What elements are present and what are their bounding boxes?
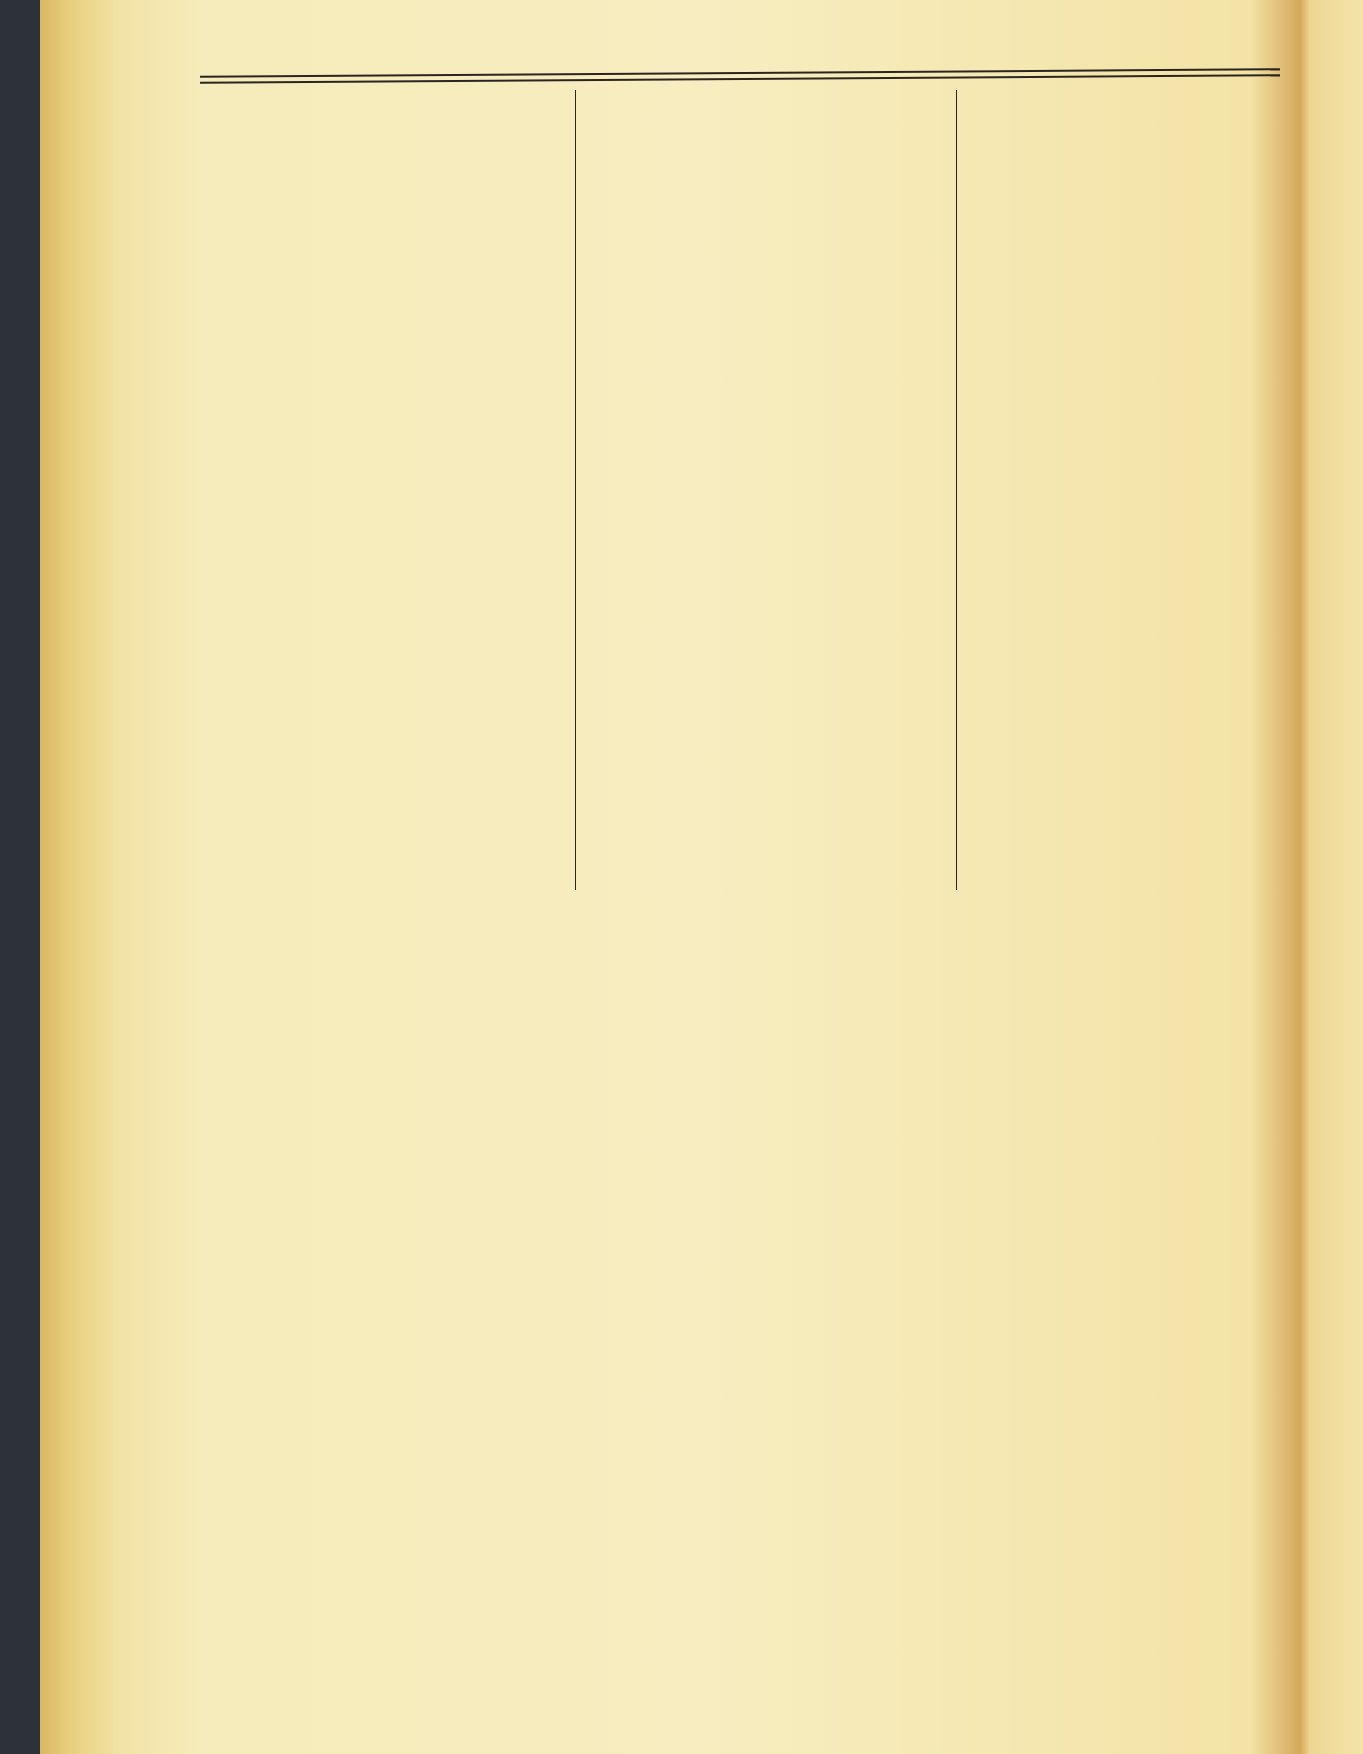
newspaper-page	[190, 0, 1310, 1754]
book-binding-edge	[0, 0, 40, 1754]
column-volkshochschule	[582, 92, 952, 102]
column-amtliche	[196, 92, 571, 102]
column-divider	[956, 90, 957, 890]
column-divider	[575, 90, 576, 890]
